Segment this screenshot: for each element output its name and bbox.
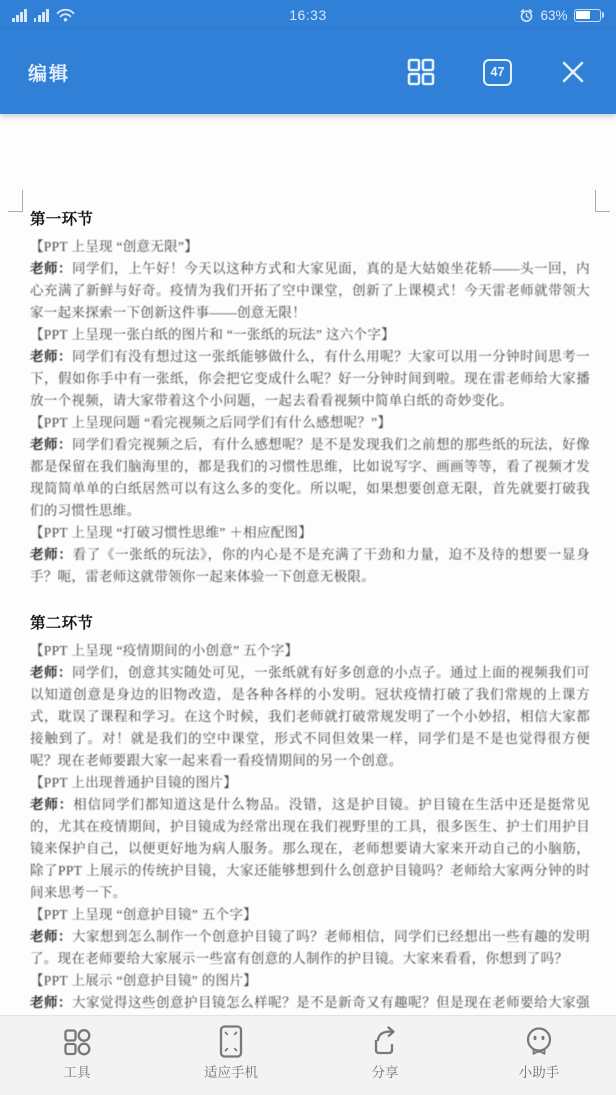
toolbar-label: 适应手机 bbox=[204, 1061, 258, 1081]
ppt-cue-line: 【PPT 上呈现 “创意护目镜” 五个字】 bbox=[30, 904, 590, 926]
speaker-label: 老师： bbox=[30, 349, 72, 364]
teacher-line: 老师：大家觉得这些创意护目镜怎么样呢？是不是新奇又有趣呢？但是现在老师要给大家强… bbox=[30, 992, 590, 1015]
status-right-icons: 63% bbox=[519, 8, 604, 23]
teacher-text: 看了《一张纸的玩法》，你的内心是不是充满了干劲和力量，迫不及待的想要一显身手？呃… bbox=[30, 547, 590, 584]
teacher-line: 老师：同学们，上午好！今天以这种方式和大家见面，真的是大姑娘坐花轿——头一回，内… bbox=[30, 258, 590, 324]
page-count-button[interactable]: 47 bbox=[483, 59, 512, 86]
page-count-badge: 47 bbox=[483, 59, 512, 86]
ppt-cue-line: 【PPT 上呈现 “打破习惯性思维” ＋相应配图】 bbox=[30, 522, 590, 544]
grid-view-icon[interactable] bbox=[405, 56, 437, 88]
toolbar-label: 分享 bbox=[372, 1061, 399, 1081]
bottom-toolbar: 工具 适应手机 分享 bbox=[0, 1015, 616, 1095]
toolbar-item-share[interactable]: 分享 bbox=[308, 1016, 462, 1095]
fit-phone-icon bbox=[216, 1024, 246, 1060]
ppt-cue-line: 【PPT 上呈现问题 “看完视频之后同学们有什么感想呢？”】 bbox=[30, 412, 590, 434]
speaker-label: 老师： bbox=[30, 995, 72, 1010]
section-heading: 第一环节 bbox=[30, 208, 590, 232]
status-bar: 16:33 63% bbox=[0, 0, 616, 30]
battery-percent: 63% bbox=[540, 8, 567, 23]
teacher-text: 同学们看完视频之后，有什么感想呢？是不是发现我们之前想的那些纸的玩法，好像都是保… bbox=[30, 437, 590, 518]
teacher-text: 大家想到怎么制作一个创意护目镜了吗？老师相信，同学们已经想出一些有趣的发明了。现… bbox=[30, 929, 590, 966]
page-title: 编辑 bbox=[28, 59, 70, 86]
toolbar-item-tools[interactable]: 工具 bbox=[0, 1016, 154, 1095]
battery-icon bbox=[574, 9, 605, 22]
document-page[interactable]: 第一环节 【PPT 上呈现 “创意无限”】 老师：同学们，上午好！今天以这种方式… bbox=[0, 114, 616, 1015]
close-icon[interactable] bbox=[558, 57, 588, 87]
section-heading: 第二环节 bbox=[30, 612, 590, 636]
page-margin-mark-right bbox=[595, 190, 610, 212]
assistant-face-icon bbox=[522, 1024, 556, 1060]
page-margin-mark-left bbox=[8, 190, 23, 212]
teacher-text: 同学们，创意其实随处可见，一张纸就有好多创意的小点子。通过上面的视频我们可以知道… bbox=[30, 665, 590, 768]
ppt-cue-line: 【PPT 上呈现一张白纸的图片和 “一张纸的玩法” 这六个字】 bbox=[30, 324, 590, 346]
alarm-icon bbox=[519, 8, 534, 23]
speaker-label: 老师： bbox=[30, 665, 72, 680]
speaker-label: 老师： bbox=[30, 547, 73, 562]
ppt-cue-line: 【PPT 上呈现 “创意无限”】 bbox=[30, 236, 590, 258]
teacher-line: 老师：看了《一张纸的玩法》，你的内心是不是充满了干劲和力量，迫不及待的想要一显身… bbox=[30, 544, 590, 588]
teacher-line: 老师：相信同学们都知道这是什么物品。没错，这是护目镜。护目镜在生活中还是挺常见的… bbox=[30, 794, 590, 904]
share-icon bbox=[368, 1024, 402, 1060]
speaker-label: 老师： bbox=[30, 929, 72, 944]
teacher-line: 老师：大家想到怎么制作一个创意护目镜了吗？老师相信，同学们已经想出一些有趣的发明… bbox=[30, 926, 590, 970]
teacher-line: 老师：同学们看完视频之后，有什么感想呢？是不是发现我们之前想的那些纸的玩法，好像… bbox=[30, 434, 590, 522]
ppt-cue-line: 【PPT 上出现普通护目镜的图片】 bbox=[30, 772, 590, 794]
teacher-line: 老师：同学们有没有想过这一张纸能够做什么，有什么用呢？大家可以用一分钟时间思考一… bbox=[30, 346, 590, 412]
ppt-cue-line: 【PPT 上展示 “创意护目镜” 的图片】 bbox=[30, 970, 590, 992]
speaker-label: 老师： bbox=[30, 797, 73, 812]
document-view: 第一环节 【PPT 上呈现 “创意无限”】 老师：同学们，上午好！今天以这种方式… bbox=[0, 114, 616, 1015]
teacher-text: 相信同学们都知道这是什么物品。没错，这是护目镜。护目镜在生活中还是挺常见的，尤其… bbox=[30, 797, 590, 900]
speaker-label: 老师： bbox=[30, 261, 72, 276]
speaker-label: 老师： bbox=[30, 437, 72, 452]
toolbar-label: 工具 bbox=[64, 1061, 91, 1081]
teacher-text: 同学们，上午好！今天以这种方式和大家见面，真的是大姑娘坐花轿——头一回，内心充满… bbox=[30, 261, 590, 320]
toolbar-item-fit-phone[interactable]: 适应手机 bbox=[154, 1016, 308, 1095]
header-actions: 47 bbox=[405, 56, 588, 88]
teacher-text: 大家觉得这些创意护目镜怎么样呢？是不是新奇又有趣呢？但是现在老师要给大家强调一点… bbox=[30, 995, 590, 1015]
app-header: 编辑 47 bbox=[0, 30, 616, 114]
teacher-text: 同学们有没有想过这一张纸能够做什么，有什么用呢？大家可以用一分钟时间思考一下，假… bbox=[30, 349, 590, 408]
tools-grid-icon bbox=[61, 1024, 93, 1060]
teacher-line: 老师：同学们，创意其实随处可见，一张纸就有好多创意的小点子。通过上面的视频我们可… bbox=[30, 662, 590, 772]
toolbar-label: 小助手 bbox=[519, 1061, 560, 1081]
toolbar-item-assistant[interactable]: 小助手 bbox=[462, 1016, 616, 1095]
ppt-cue-line: 【PPT 上呈现 “疫情期间的小创意” 五个字】 bbox=[30, 640, 590, 662]
